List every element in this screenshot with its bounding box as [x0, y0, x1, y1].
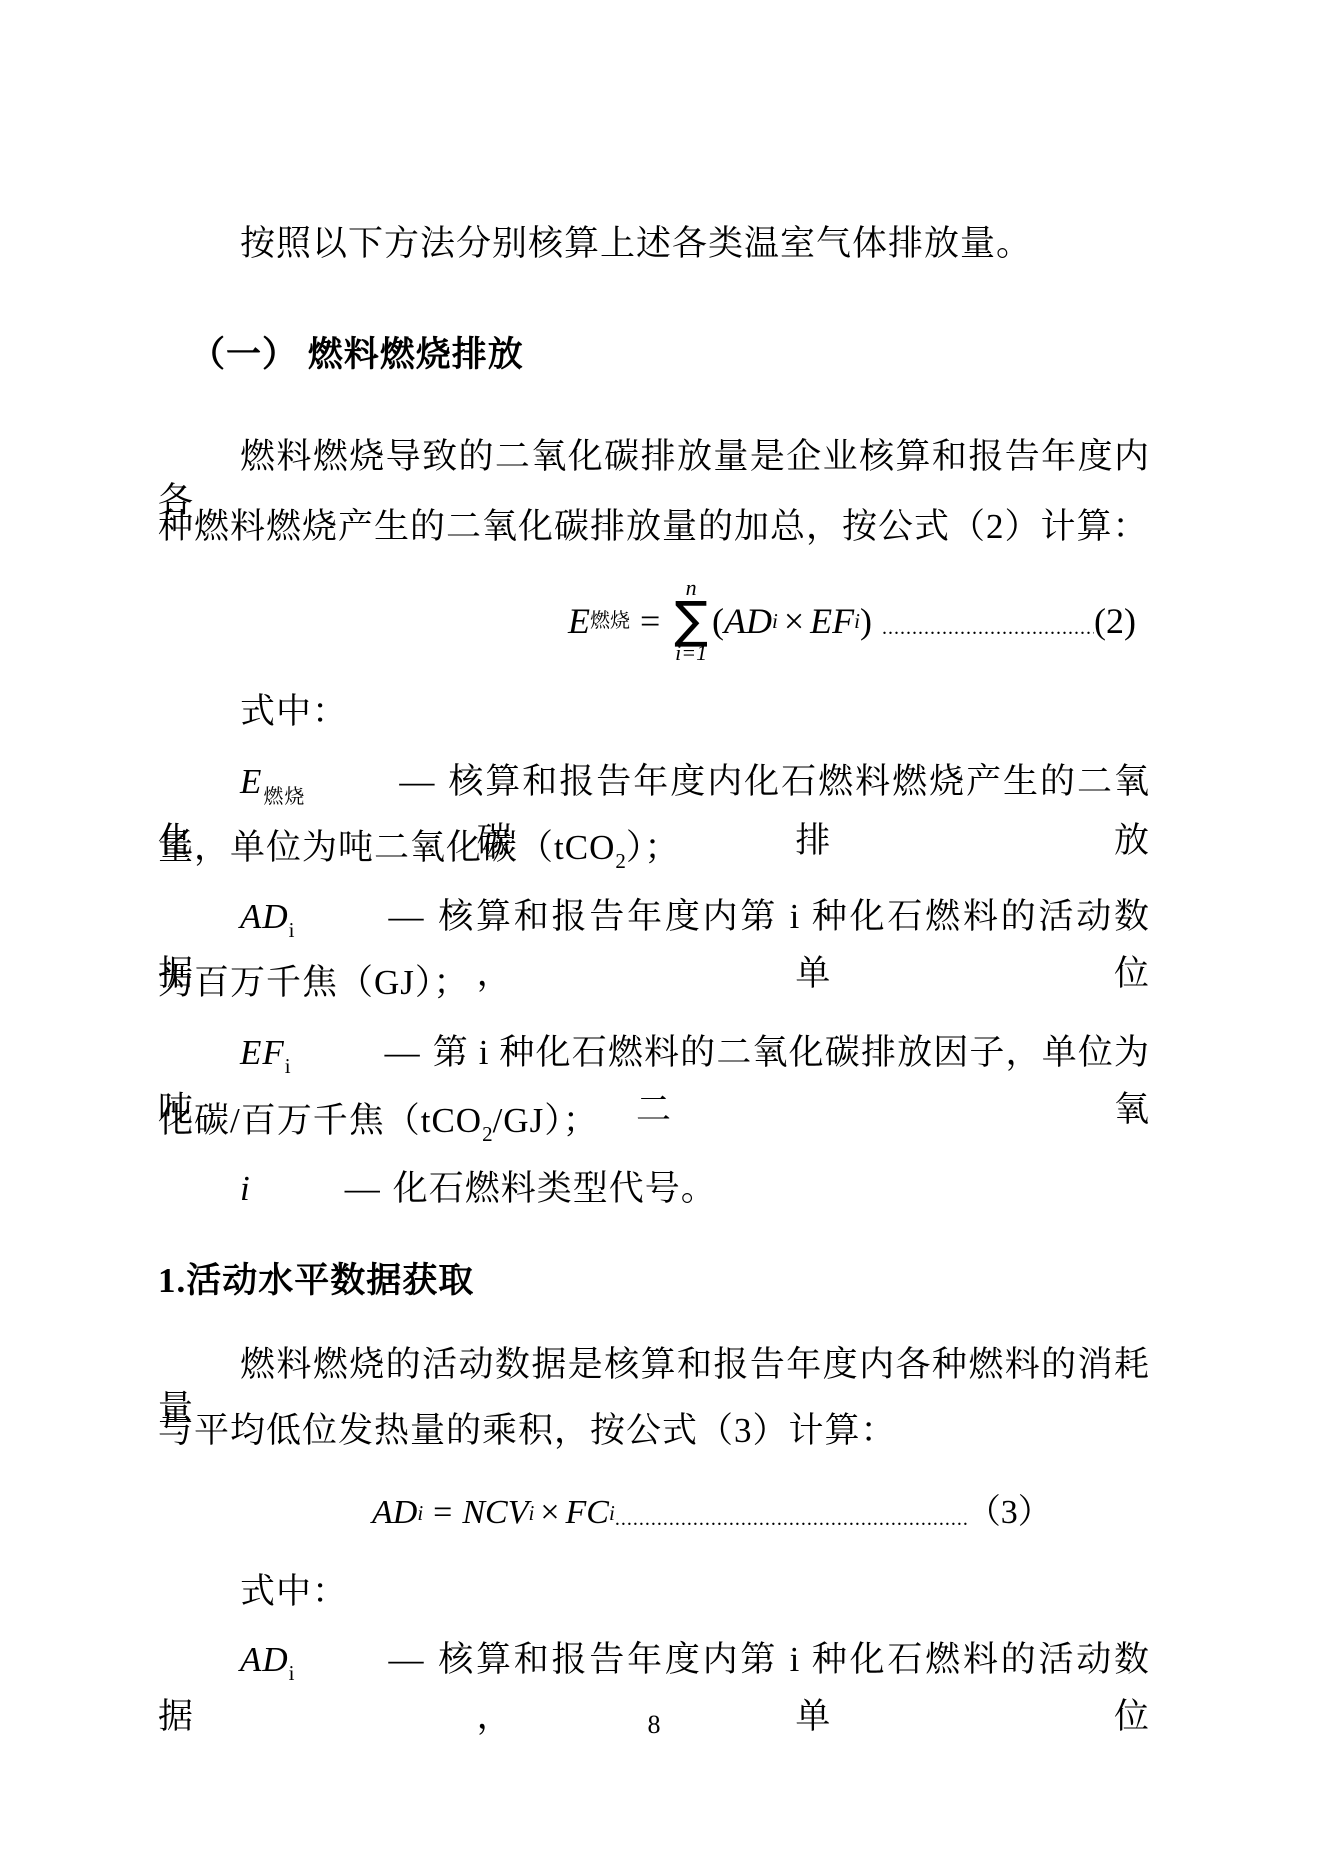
- formula3-term1-subscript: i: [528, 1503, 534, 1524]
- formula2-times: ×: [784, 603, 804, 639]
- where-clause-1: 式中：: [158, 690, 1150, 734]
- formula-2: E燃烧 = n ∑ i=1 (ADi×EFi) ................…: [568, 578, 1136, 664]
- definition-ef-line2-tail: /GJ）；: [493, 1101, 599, 1140]
- formula3-lhs: AD: [372, 1496, 417, 1530]
- formula2-open-paren: (: [712, 603, 724, 639]
- formula3-times: ×: [540, 1496, 559, 1530]
- definition-i-dash: —: [263, 1167, 381, 1211]
- definition-e-symbol: E: [240, 762, 262, 801]
- definition-i-symbol: i: [240, 1169, 251, 1208]
- definition-ef-line2: 化碳/百万千焦（tCO2/GJ）；: [158, 1099, 1150, 1156]
- definition-ad2-symbol: AD: [240, 1640, 289, 1679]
- definition-ad-dash: —: [307, 895, 425, 939]
- definition-ef-dash: —: [303, 1031, 421, 1075]
- intro-paragraph: 按照以下方法分别核算上述各类温室气体排放量。: [158, 222, 1150, 266]
- definition-ad2-symbol-subscript: i: [289, 1661, 295, 1685]
- formula3-lhs-subscript: i: [417, 1503, 423, 1524]
- definition-ef-symbol-subscript: i: [285, 1054, 291, 1078]
- definition-e-line2-tail: ）；: [626, 828, 681, 867]
- sigma-icon: ∑: [674, 598, 708, 642]
- activity-paragraph-line2-text: 与平均低位发热量的乘积，按公式（3）计算：: [158, 1411, 897, 1450]
- section-activity-heading: 1.活动水平数据获取: [158, 1259, 1150, 1303]
- summation-lower-limit: i=1: [675, 642, 707, 664]
- definition-i-text: 化石燃料类型代号。: [393, 1169, 717, 1208]
- formula2-number-label: (2): [1094, 603, 1136, 639]
- formula-3: ADi = NCVi × FCi .......................…: [372, 1496, 1052, 1530]
- formula2-term1: AD: [724, 603, 772, 639]
- formula2-dotted-leader: ........................................…: [882, 618, 1094, 638]
- section-fuel-heading-text: （一） 燃料燃烧排放: [190, 335, 524, 374]
- definition-ad-line2: 为百万千焦（GJ）；: [158, 961, 1150, 1005]
- definition-e-line2-text: 量，单位为吨二氧化碳（tCO: [158, 828, 615, 867]
- formula2-term1-subscript: i: [772, 611, 778, 632]
- formula2-lhs-subscript: 燃烧: [590, 611, 630, 631]
- definition-e-symbol-subscript: 燃烧: [262, 786, 305, 808]
- where-clause-2-text: 式中：: [240, 1572, 348, 1611]
- page-number: 8: [158, 1710, 1150, 1740]
- where-clause-2: 式中：: [158, 1570, 1150, 1614]
- formula2-equals: =: [640, 603, 660, 639]
- definition-e-line2-subscript: 2: [615, 849, 626, 873]
- summation-symbol: n ∑ i=1: [674, 578, 708, 664]
- formula2-term2: EF: [810, 603, 854, 639]
- formula2-close-paren: ): [860, 603, 872, 639]
- intro-text: 按照以下方法分别核算上述各类温室气体排放量。: [240, 224, 1032, 263]
- definition-e-line2: 量，单位为吨二氧化碳（tCO2）；: [158, 826, 1150, 883]
- document-page: 按照以下方法分别核算上述各类温室气体排放量。 （一） 燃料燃烧排放 燃料燃烧导致…: [0, 0, 1323, 1871]
- definition-ef-symbol: EF: [240, 1033, 285, 1072]
- where-clause-1-text: 式中：: [240, 692, 348, 731]
- section-activity-heading-text: 1.活动水平数据获取: [158, 1261, 474, 1300]
- definition-ef-line2-text: 化碳/百万千焦（tCO: [158, 1101, 482, 1140]
- definition-ad-symbol: AD: [240, 897, 289, 936]
- formula3-number-label: （3）: [967, 1496, 1052, 1530]
- formula3-term1: NCV: [462, 1496, 528, 1530]
- definition-ef-line2-subscript: 2: [482, 1122, 493, 1146]
- formula3-dotted-leader: ........................................…: [615, 1509, 967, 1529]
- definition-ad-symbol-subscript: i: [289, 918, 295, 942]
- activity-paragraph-line2: 与平均低位发热量的乘积，按公式（3）计算：: [158, 1409, 1150, 1453]
- formula3-equals: =: [433, 1496, 452, 1530]
- definition-e-dash: —: [317, 760, 435, 804]
- definition-i-line: i—化石燃料类型代号。: [158, 1167, 1150, 1211]
- formula2-lhs: E: [568, 603, 590, 639]
- section-fuel-heading: （一） 燃料燃烧排放: [190, 333, 1150, 377]
- definition-ad2-dash: —: [307, 1638, 425, 1682]
- definition-ad-line2-text: 为百万千焦（GJ）；: [158, 963, 469, 1002]
- fuel-paragraph-line2-text: 种燃料燃烧产生的二氧化碳排放量的加总，按公式（2）计算：: [158, 507, 1149, 546]
- fuel-paragraph-line2: 种燃料燃烧产生的二氧化碳排放量的加总，按公式（2）计算：: [158, 505, 1150, 549]
- formula3-term2: FC: [566, 1496, 609, 1530]
